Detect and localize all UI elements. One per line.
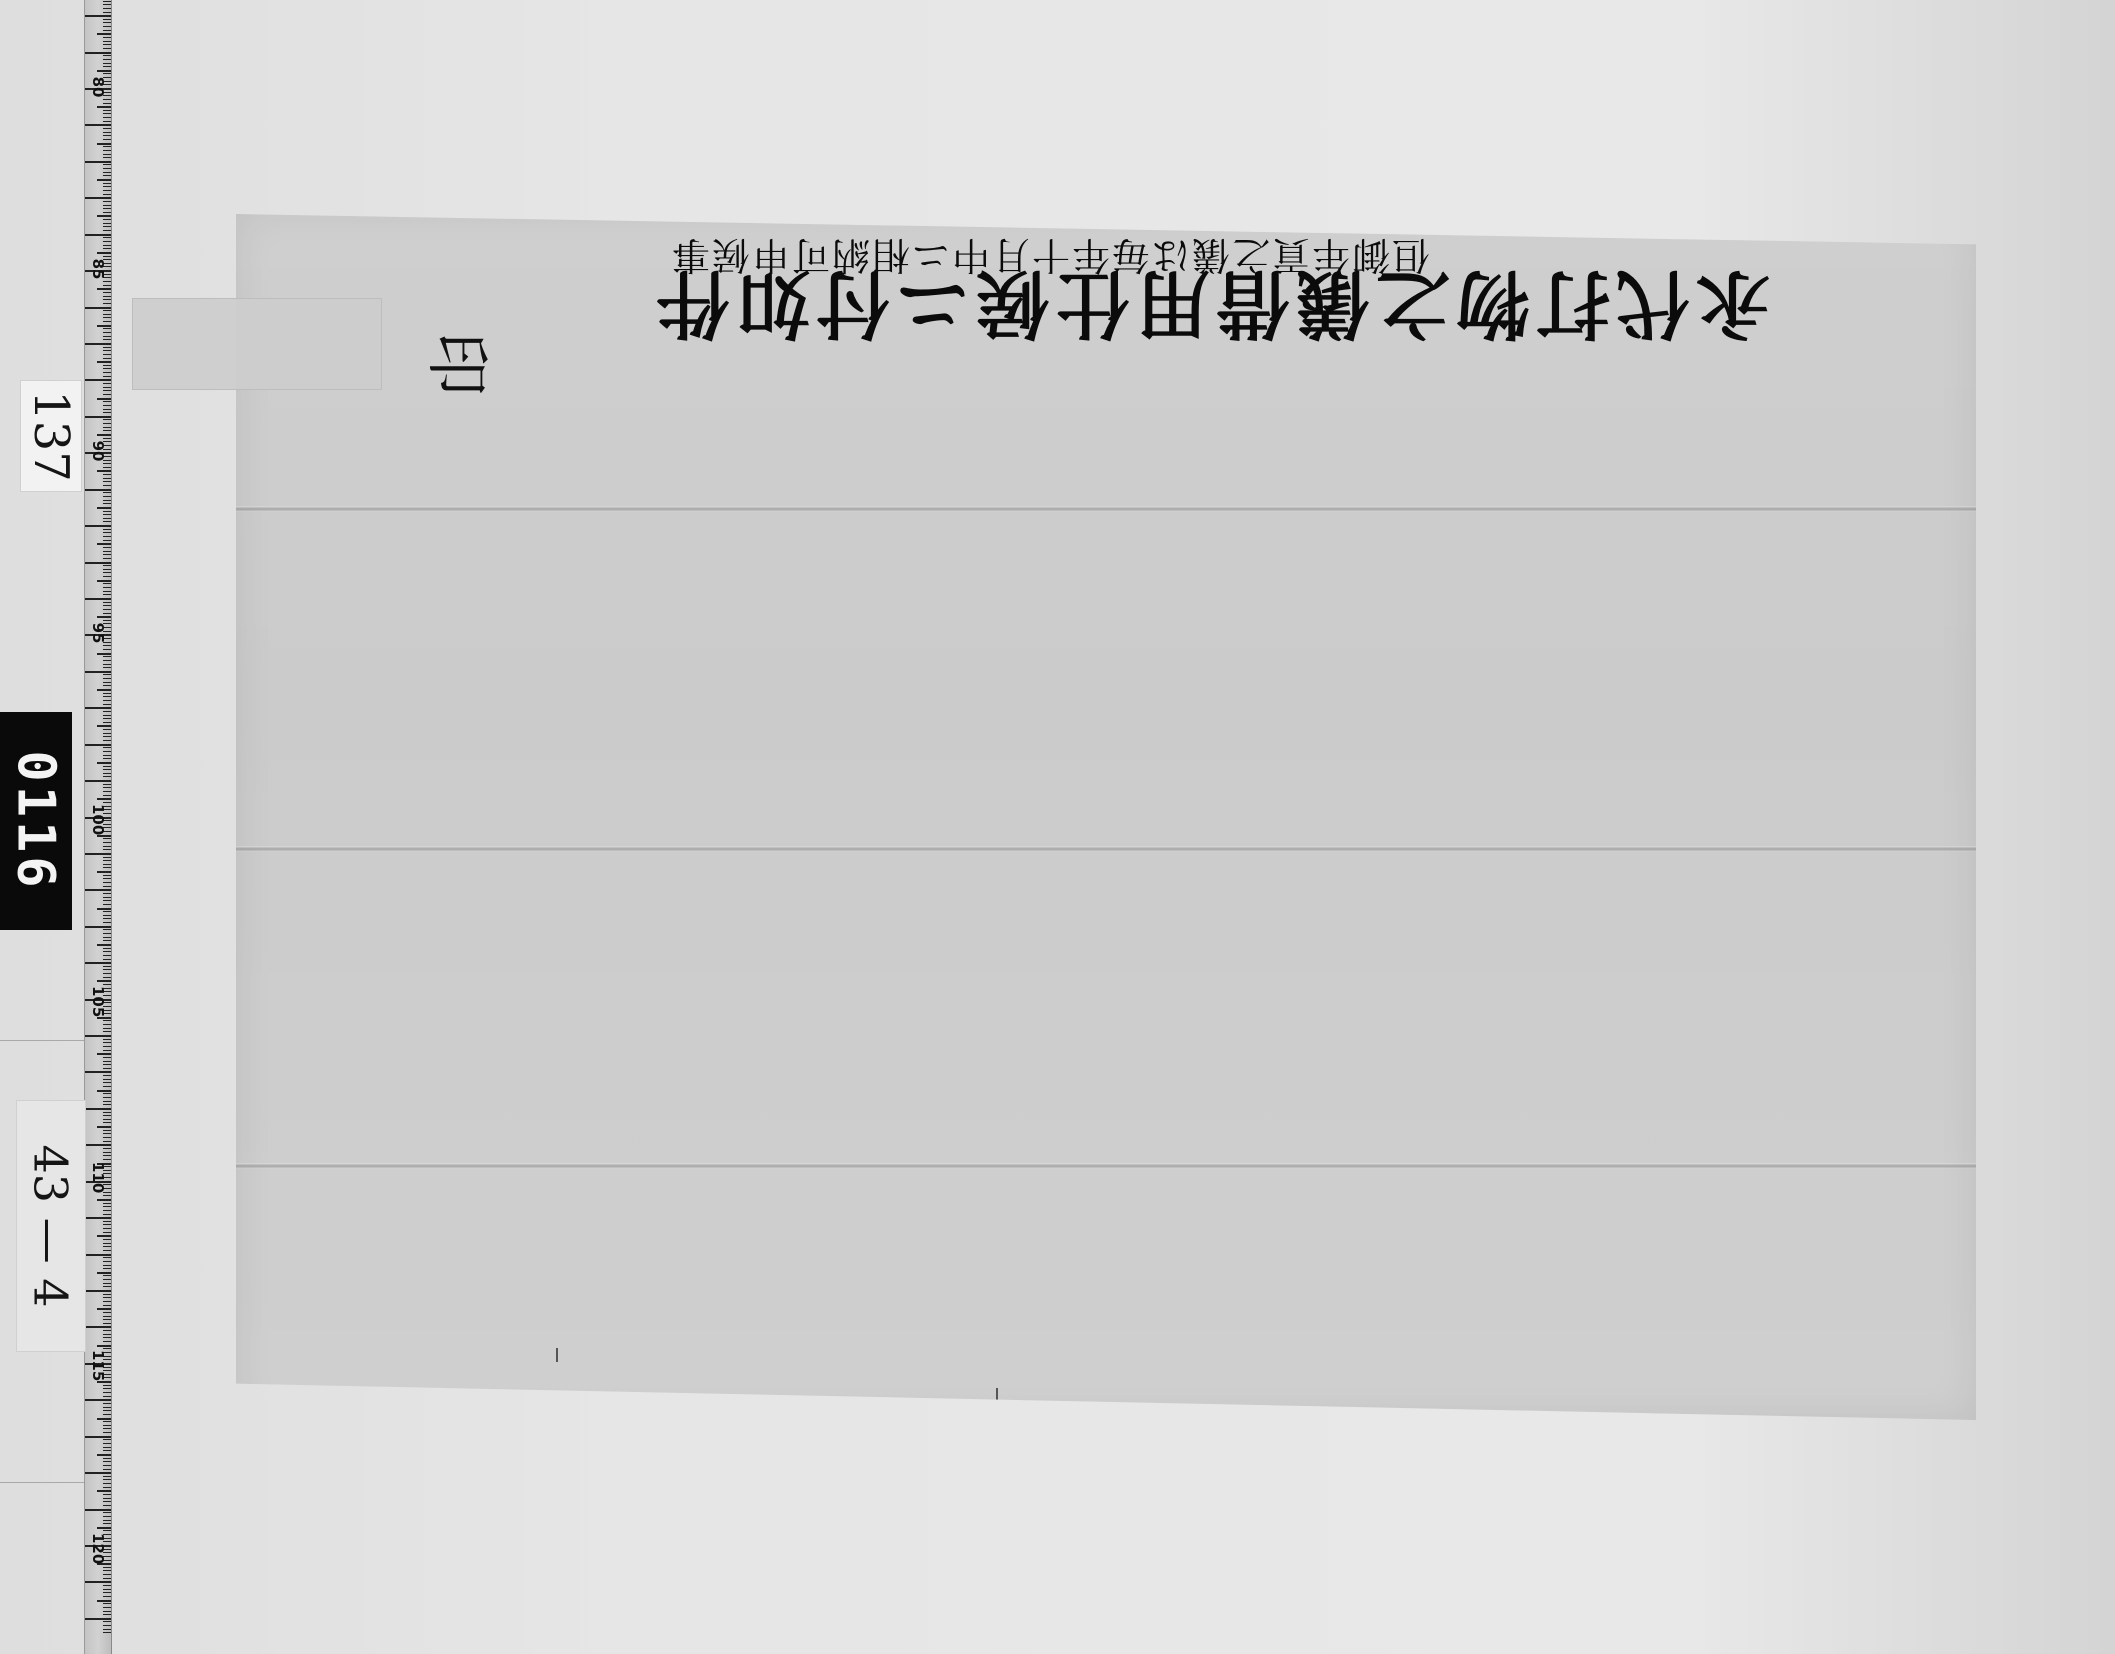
ruler-tick [103, 864, 111, 865]
ruler-tick [103, 303, 111, 304]
ruler-tick [97, 798, 111, 800]
ruler-tick [103, 1465, 111, 1466]
ruler-tick [103, 314, 111, 315]
ruler-tick [103, 1042, 111, 1043]
ruler-tick [103, 496, 111, 497]
ruler-tick [103, 1596, 111, 1597]
ruler-tick [103, 1268, 111, 1269]
tag-divider-lower [0, 1482, 84, 1483]
ruler-tick [97, 1126, 111, 1128]
ruler-tick [103, 1031, 111, 1032]
ruler-tick [103, 1159, 111, 1160]
ruler-tick [103, 769, 111, 770]
ruler-tick [103, 1057, 111, 1058]
ruler-tick [103, 372, 111, 373]
ruler-tick [103, 532, 111, 533]
ruler-tick [103, 1530, 111, 1531]
paper-blemish [556, 1348, 558, 1362]
ruler-tick [103, 1450, 111, 1451]
ruler-tick [103, 150, 111, 151]
ruler-tick [103, 26, 111, 27]
ruler-tick [103, 755, 111, 756]
box-number: 137 [23, 390, 79, 482]
ruler-tick [103, 918, 111, 919]
ruler-tick [85, 489, 111, 491]
ruler-tick [103, 1239, 111, 1240]
ruler-tick [103, 1152, 111, 1153]
ruler-tick [103, 966, 111, 967]
ruler-tick [103, 886, 111, 887]
ruler-tick [103, 1505, 111, 1506]
ruler-tick [103, 773, 111, 774]
ruler-tick [103, 1512, 111, 1513]
ruler-tick [103, 1632, 111, 1633]
ruler-tick [103, 376, 111, 377]
ruler-tick [103, 882, 111, 883]
ruler-tick [103, 110, 111, 111]
ruler-tick [103, 281, 111, 282]
ruler-tick [103, 609, 111, 610]
ruler-tick [103, 696, 111, 697]
ruler-tick [97, 944, 111, 946]
ruler-tick [103, 904, 111, 905]
ruler-tick [85, 161, 111, 163]
ruler-tick [103, 1228, 111, 1229]
ruler-tick [103, 1385, 111, 1386]
ruler-tick [103, 733, 111, 734]
ruler-tick [103, 1396, 111, 1397]
ruler-tick [103, 576, 111, 577]
ruler-tick [97, 361, 111, 363]
ruler-tick [103, 846, 111, 847]
ruler-tick [103, 168, 111, 169]
ruler-tick [103, 729, 111, 730]
ruler-tick [103, 292, 111, 293]
ruler-tick [103, 186, 111, 187]
ruler-tick [103, 285, 111, 286]
ruler-tick [103, 19, 111, 20]
ruler-tick [103, 1479, 111, 1480]
ruler-tick [103, 1498, 111, 1499]
ruler-tick [103, 1250, 111, 1251]
ruler-tick [85, 1326, 111, 1328]
ruler-tick [97, 1454, 111, 1456]
ruler-tick [103, 722, 111, 723]
ruler-tick [103, 1082, 111, 1083]
ruler-tick [103, 219, 111, 220]
ruler-tick [85, 379, 111, 381]
ruler-tick [103, 245, 111, 246]
ruler-tick [103, 937, 111, 938]
ruler-tick [103, 1432, 111, 1433]
ruler-tick [103, 132, 111, 133]
ruler-tick [103, 529, 111, 530]
ruler-tick [103, 1330, 111, 1331]
ruler-tick [97, 762, 111, 764]
ruler-tick [103, 230, 111, 231]
ruler-tick [103, 328, 111, 329]
ruler-tick [103, 135, 111, 136]
ruler-tick [103, 1097, 111, 1098]
ruler-tick [97, 835, 111, 837]
ruler-tick [103, 602, 111, 603]
ruler-tick [103, 700, 111, 701]
ruler-tick [103, 1578, 111, 1579]
ruler-tick [97, 1308, 111, 1310]
ruler-tick [103, 117, 111, 118]
ruler-tick [103, 1064, 111, 1065]
ruler-tick [103, 48, 111, 49]
ruler-tick [103, 587, 111, 588]
ruler-tick [103, 4, 111, 5]
ruler-tick [103, 194, 111, 195]
ruler-label: 90 [89, 440, 107, 462]
ruler-tick [103, 1392, 111, 1393]
ruler-tick [103, 1312, 111, 1313]
ruler-tick [103, 740, 111, 741]
ruler-tick [103, 776, 111, 777]
ruler-tick [103, 558, 111, 559]
tag-divider [0, 1040, 84, 1041]
ruler-tick [97, 1235, 111, 1237]
ruler-tick [103, 201, 111, 202]
ruler-tick [103, 103, 111, 104]
ruler-tick [103, 256, 111, 257]
ruler-tick [103, 711, 111, 712]
ruler-tick [97, 1381, 111, 1383]
ruler-tick [103, 1607, 111, 1608]
ruler-tick [103, 948, 111, 949]
ruler-tick [103, 1458, 111, 1459]
ruler-tick [85, 1581, 111, 1583]
ruler-tick [103, 1079, 111, 1080]
ruler-tick [97, 871, 111, 873]
ruler-tick [97, 1418, 111, 1420]
ruler-tick [97, 1272, 111, 1274]
ruler-tick [103, 212, 111, 213]
ruler-tick [103, 664, 111, 665]
ruler-tick [103, 1428, 111, 1429]
ruler-tick [85, 1217, 111, 1219]
ruler-tick [103, 154, 111, 155]
ruler-tick [85, 889, 111, 891]
ruler-tick [103, 1257, 111, 1258]
ruler-tick [103, 492, 111, 493]
ruler-tick [103, 1246, 111, 1247]
ruler-tick [103, 467, 111, 468]
ruler-tick [103, 682, 111, 683]
fold-line [236, 506, 1976, 512]
ruler-tick [103, 336, 111, 337]
ruler-tick [103, 299, 111, 300]
ruler-tick [103, 795, 111, 796]
ruler-tick [85, 1035, 111, 1037]
ruler-tick [103, 463, 111, 464]
ruler-tick [103, 419, 111, 420]
ruler-tick [103, 59, 111, 60]
ruler-tick [103, 751, 111, 752]
ruler-tick [85, 1290, 111, 1292]
ruler-tick [103, 878, 111, 879]
ruler-tick [103, 540, 111, 541]
ruler-tick [103, 248, 111, 249]
ruler-tick [85, 1399, 111, 1401]
ruler-tick [103, 1501, 111, 1502]
ruler-tick [103, 1104, 111, 1105]
ruler-tick [97, 288, 111, 290]
ruler-tick [103, 875, 111, 876]
ruler-tick [97, 725, 111, 727]
ruler-tick [103, 959, 111, 960]
ruler-tick [103, 594, 111, 595]
ruler-tick [85, 1509, 111, 1511]
ruler-tick [103, 766, 111, 767]
ruler-tick [103, 157, 111, 158]
ruler-tick [103, 296, 111, 297]
ruler-tick [103, 897, 111, 898]
ruler-tick [103, 368, 111, 369]
ruler-tick [103, 572, 111, 573]
ruler-tick [97, 1053, 111, 1055]
ruler-tick [103, 1261, 111, 1262]
ruler-tick [103, 649, 111, 650]
ruler-tick [103, 1119, 111, 1120]
ruler-tick [103, 1516, 111, 1517]
ruler-tick [97, 143, 111, 145]
ruler-tick [103, 704, 111, 705]
ruler-tick [103, 430, 111, 431]
ruler-tick [103, 321, 111, 322]
ruler-tick [103, 1086, 111, 1087]
ruler-tick [103, 1046, 111, 1047]
ruler-tick [103, 427, 111, 428]
ruler-tick [103, 1319, 111, 1320]
document-main-text: 永代打物之儀借用仕候ニ付如件 [650, 256, 1770, 362]
ruler-tick [103, 478, 111, 479]
ruler-tick [103, 310, 111, 311]
ruler-tick [97, 179, 111, 181]
ruler-tick [85, 124, 111, 126]
ruler-tick [103, 175, 111, 176]
ruler-tick [103, 12, 111, 13]
ruler-tick [103, 237, 111, 238]
ruler-tick [103, 66, 111, 67]
ruler-tick [103, 205, 111, 206]
ruler-tick [103, 802, 111, 803]
signature-mark: 印 [416, 332, 508, 396]
ruler-tick [103, 1294, 111, 1295]
ruler-tick [103, 365, 111, 366]
ruler-tick [103, 37, 111, 38]
ruler-tick [103, 1133, 111, 1134]
ruler-tick [103, 1112, 111, 1113]
ruler-tick [103, 1214, 111, 1215]
ruler-tick [103, 955, 111, 956]
ruler-tick [103, 63, 111, 64]
ruler-tick [103, 8, 111, 9]
ruler-tick [85, 197, 111, 199]
ruler-tick [103, 1155, 111, 1156]
ruler-tick [85, 671, 111, 673]
ruler-tick [97, 980, 111, 982]
ruler-tick [103, 44, 111, 45]
ruler-tick [103, 481, 111, 482]
ruler-tick [103, 1050, 111, 1051]
ruler-label: 95 [89, 622, 107, 644]
ruler-tick [97, 1199, 111, 1201]
ruler-tick [103, 787, 111, 788]
ruler-tick [103, 674, 111, 675]
ruler-tick [103, 1403, 111, 1404]
ruler-tick [103, 893, 111, 894]
ruler-tick [103, 977, 111, 978]
ruler-tick [85, 707, 111, 709]
ruler-tick [85, 1144, 111, 1146]
ruler-tick [103, 1137, 111, 1138]
ruler-tick [103, 190, 111, 191]
ruler-tick [103, 915, 111, 916]
ruler-tick [103, 1461, 111, 1462]
ruler-tick [103, 1388, 111, 1389]
ruler-tick [103, 317, 111, 318]
ruler-tick [103, 55, 111, 56]
ruler-tick [97, 653, 111, 655]
ruler-tick [103, 223, 111, 224]
ruler-tick [103, 390, 111, 391]
ruler-tick [85, 234, 111, 236]
ruler-tick [97, 434, 111, 436]
ruler-tick [103, 1621, 111, 1622]
ruler-tick [103, 1075, 111, 1076]
ruler-tick [103, 521, 111, 522]
ruler-tick [103, 241, 111, 242]
ruler-tick [103, 547, 111, 548]
ruler-tick [103, 554, 111, 555]
ruler-tick [103, 1061, 111, 1062]
ruler-label: 115 [89, 1350, 107, 1372]
ruler-tick [103, 758, 111, 759]
ruler-tick [103, 347, 111, 348]
ruler-tick [103, 1574, 111, 1575]
ruler-tick [103, 1603, 111, 1604]
ruler-label: 120 [89, 1533, 107, 1555]
ruler-tick [103, 1068, 111, 1069]
ruler-tick [103, 1283, 111, 1284]
ruler-tick [103, 350, 111, 351]
ruler-tick [103, 139, 111, 140]
ruler-tick [97, 398, 111, 400]
ruler-tick [103, 1141, 111, 1142]
ruler-tick [103, 423, 111, 424]
fold-line [236, 1163, 1976, 1169]
ruler-tick [97, 616, 111, 618]
ruler-tick [103, 849, 111, 850]
ruler-tick [97, 908, 111, 910]
ruler-tick [103, 1210, 111, 1211]
ruler-tick [103, 1020, 111, 1021]
ruler-tick [103, 1447, 111, 1448]
ruler-tick [103, 1469, 111, 1470]
ruler-tick [103, 867, 111, 868]
ruler-tick [97, 70, 111, 72]
ruler-tick [103, 1305, 111, 1306]
ruler-tick [103, 784, 111, 785]
ruler-tick [97, 1527, 111, 1529]
ruler-tick [103, 933, 111, 934]
ruler-tick [103, 1523, 111, 1524]
ruler-tick [103, 1341, 111, 1342]
ruler-tick [85, 598, 111, 600]
ruler-tick [103, 565, 111, 566]
ruler-tick [103, 1614, 111, 1615]
ruler-tick [103, 1039, 111, 1040]
ruler-tick [103, 226, 111, 227]
ruler-label: 85 [89, 258, 107, 280]
ruler-tick [103, 860, 111, 861]
ruler-tick [103, 1224, 111, 1225]
ruler-tick [97, 543, 111, 545]
ruler-tick [103, 1323, 111, 1324]
ruler-tick [97, 580, 111, 582]
ruler-tick [103, 736, 111, 737]
ruler-tick [103, 660, 111, 661]
ruler-tick [103, 1567, 111, 1568]
ruler-tick [103, 438, 111, 439]
call-number: 43 — 4 [24, 1144, 78, 1307]
ruler-tick [103, 645, 111, 646]
folio-number-tag: 0116 [0, 712, 72, 930]
ruler-label: 105 [89, 986, 107, 1008]
ruler-tick [103, 485, 111, 486]
ruler-tick [85, 926, 111, 928]
ruler-tick [103, 358, 111, 359]
ruler-tick [103, 121, 111, 122]
ruler-label: 110 [89, 1162, 107, 1184]
ruler-tick [103, 1410, 111, 1411]
ruler-tick [103, 172, 111, 173]
ruler-tick [97, 1345, 111, 1347]
ruler-tick [103, 911, 111, 912]
ruler-tick [103, 922, 111, 923]
ruler-tick [103, 1115, 111, 1116]
ruler-tick [103, 1, 111, 2]
ruler-tick [103, 1585, 111, 1586]
ruler-tick [103, 1265, 111, 1266]
ruler-tick [103, 1206, 111, 1207]
ruler-tick [103, 791, 111, 792]
ruler-tick [103, 387, 111, 388]
ruler-tick [103, 409, 111, 410]
ruler-tick [103, 474, 111, 475]
ruler-tick [103, 1232, 111, 1233]
ruler-tick [103, 1334, 111, 1335]
ruler-tick [103, 973, 111, 974]
ruler-label: 80 [89, 76, 107, 98]
ruler-tick [103, 332, 111, 333]
ruler-tick [103, 969, 111, 970]
ruler-tick [103, 401, 111, 402]
ruler-tick [85, 1472, 111, 1474]
ruler-tick [103, 518, 111, 519]
ruler-tick [103, 1148, 111, 1149]
ruler-tick [103, 128, 111, 129]
ruler-tick [103, 685, 111, 686]
ruler-label: 100 [89, 804, 107, 826]
ruler-tick [97, 1490, 111, 1492]
ruler-tick [85, 1254, 111, 1256]
ruler-tick [103, 1494, 111, 1495]
ruler-tick [103, 503, 111, 504]
